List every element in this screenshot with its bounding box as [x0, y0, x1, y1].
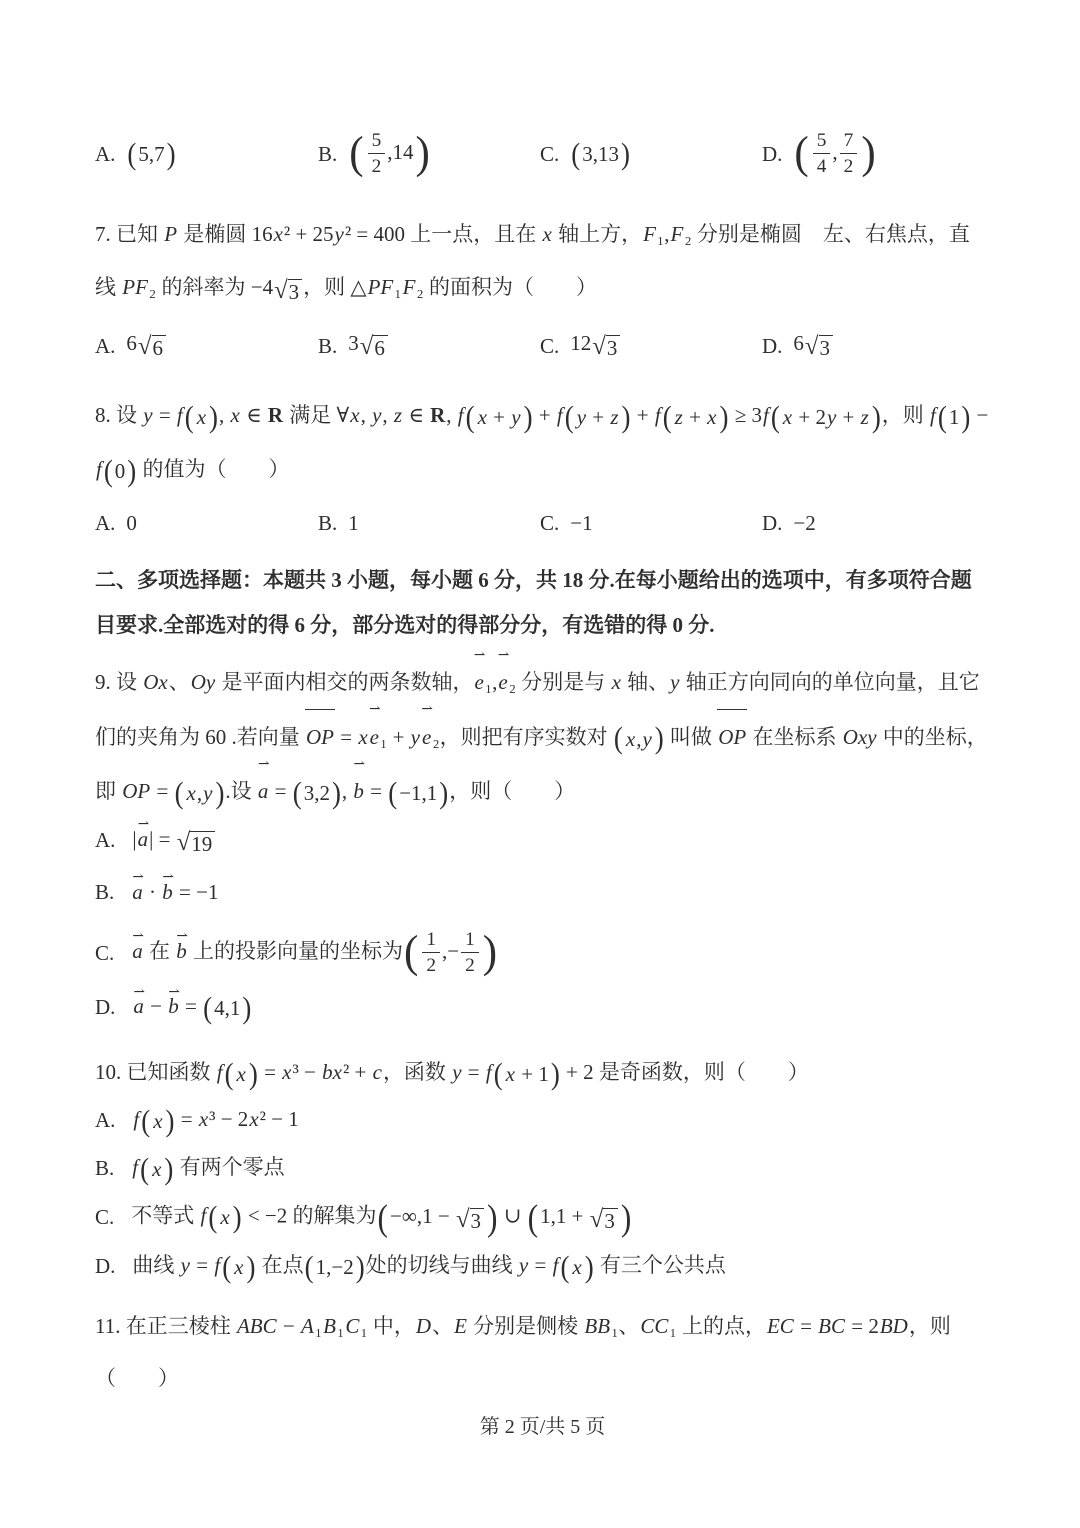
q7-option-c: C. 12√3	[540, 333, 762, 359]
option-label: B.	[318, 144, 337, 165]
vector-arrow-icon: ⇀	[258, 757, 270, 771]
q8-option-a: A. 0	[95, 513, 318, 534]
option-content: 0	[126, 513, 137, 534]
q7-option-a: A. 6√6	[95, 333, 318, 359]
vector-arrow-icon: ⇀	[353, 757, 365, 771]
option-label: C.	[540, 144, 559, 165]
option-label: D.	[762, 144, 782, 165]
vector-arrow-icon: ⇀	[132, 929, 144, 943]
option-label: B.	[318, 336, 337, 357]
q8-options-row: A. 0 B. 1 C. −1 D. −2	[95, 504, 990, 544]
option-label: A.	[95, 513, 115, 534]
vector-arrow-icon: ⇀	[138, 817, 150, 831]
q7-option-b: B. 3√6	[318, 333, 540, 359]
q9-option-d: D. ⇀a − ⇀b = (4,1)	[95, 993, 990, 1022]
option-label: A.	[95, 336, 115, 357]
option-label: C.	[95, 940, 114, 966]
vector-arrow-icon: ⇀	[369, 702, 381, 716]
option-label: B.	[318, 513, 337, 534]
option-content: f(x) = x³ − 2x² − 1	[132, 1106, 298, 1135]
q6-option-c: C. (3,13)	[540, 141, 762, 168]
option-content: ⇀a 在 ⇀b 上的投影向量的坐标为(12,−12)	[131, 929, 498, 977]
option-label: D.	[95, 994, 115, 1020]
vector-arrow-icon: ⇀	[421, 702, 433, 716]
vector-arrow-icon: ⇀	[176, 929, 188, 943]
vector-arrow-icon: ⇀	[498, 648, 510, 662]
option-content: −1	[570, 513, 592, 534]
option-label: C.	[95, 1204, 114, 1230]
option-label: D.	[762, 513, 782, 534]
question-10-stem: 10. 已知函数 f(x) = x³ − bx² + c，函数 y = f(x …	[95, 1046, 990, 1100]
option-label: D.	[95, 1253, 115, 1279]
option-content: (54,72)	[793, 130, 876, 178]
option-content: ⇀a · ⇀b = −1	[131, 879, 218, 905]
option-content: 1	[348, 513, 359, 534]
q9-option-c: C. ⇀a 在 ⇀b 上的投影向量的坐标为(12,−12)	[95, 929, 990, 977]
page-footer: 第 2 页/共 5 页	[95, 1411, 990, 1443]
option-label: B.	[95, 879, 114, 905]
option-content: |⇀a| = √19	[132, 826, 216, 855]
question-9-stem: 9. 设 Ox、Oy 是平面内相交的两条数轴，⇀e₁,⇀e₂ 分别是与 x 轴、…	[95, 656, 990, 819]
vector-arrow-icon: ⇀	[168, 985, 180, 999]
option-label: A.	[95, 827, 115, 853]
q8-option-b: B. 1	[318, 513, 540, 534]
option-label: A.	[95, 1107, 115, 1133]
q10-option-a: A. f(x) = x³ − 2x² − 1	[95, 1106, 990, 1135]
question-11-stem: 11. 在正三棱柱 ABC − A₁B₁C₁ 中，D、E 分别是侧棱 BB₁、C…	[95, 1300, 990, 1405]
page-number-label: 第 2 页/共 5 页	[480, 1416, 606, 1438]
option-label: C.	[540, 336, 559, 357]
q6-option-b: B. (52,14)	[318, 130, 540, 178]
option-content: 3√6	[348, 333, 389, 359]
option-label: C.	[540, 513, 559, 534]
option-content: 不等式 f(x) < −2 的解集为(−∞,1 − √3) ∪ (1,1 + √…	[131, 1202, 632, 1234]
q9-option-a: A. |⇀a| = √19	[95, 826, 990, 855]
option-label: B.	[95, 1155, 114, 1181]
vector-arrow-icon: ⇀	[162, 870, 174, 884]
option-content: 6√3	[793, 333, 834, 359]
option-content: 曲线 y = f(x) 在点(1,−2)处的切线与曲线 y = f(x) 有三个…	[132, 1252, 726, 1281]
exam-page: A. (5,7) B. (52,14) C. (3,13) D. (54,72)…	[0, 0, 1080, 1528]
question-8-stem: 8. 设 y = f(x), x ∈ R 满足 ∀x, y, z ∈ R, f(…	[95, 389, 990, 498]
vector-arrow-icon: ⇀	[474, 648, 486, 662]
option-content: (3,13)	[570, 141, 631, 168]
option-label: D.	[762, 336, 782, 357]
q10-option-d: D. 曲线 y = f(x) 在点(1,−2)处的切线与曲线 y = f(x) …	[95, 1252, 990, 1281]
option-content: f(x) 有两个零点	[131, 1154, 284, 1183]
option-content: 6√6	[126, 333, 167, 359]
question-7-stem: 7. 已知 P 是椭圆 16x² + 25y² = 400 上一点，且在 x 轴…	[95, 208, 990, 313]
vector-arrow-icon: ⇀	[133, 985, 145, 999]
option-content: −2	[793, 513, 815, 534]
option-content: ⇀a − ⇀b = (4,1)	[132, 993, 252, 1022]
q7-option-d: D. 6√3	[762, 333, 990, 359]
option-content: (5,7)	[126, 141, 176, 168]
q6-option-d: D. (54,72)	[762, 130, 990, 178]
section-2-header: 二、多项选择题：本题共 3 小题，每小题 6 分，共 18 分.在每小题给出的选…	[95, 558, 990, 648]
q7-options-row: A. 6√6 B. 3√6 C. 12√3 D. 6√3	[95, 319, 990, 373]
option-content: (52,14)	[348, 130, 431, 178]
q8-option-c: C. −1	[540, 513, 762, 534]
q9-option-b: B. ⇀a · ⇀b = −1	[95, 879, 990, 905]
q10-option-b: B. f(x) 有两个零点	[95, 1154, 990, 1183]
vector-arrow-icon: ⇀	[132, 870, 144, 884]
option-label: A.	[95, 144, 115, 165]
q10-option-c: C. 不等式 f(x) < −2 的解集为(−∞,1 − √3) ∪ (1,1 …	[95, 1202, 990, 1234]
q6-option-a: A. (5,7)	[95, 141, 318, 168]
q6-options-row: A. (5,7) B. (52,14) C. (3,13) D. (54,72)	[95, 112, 990, 196]
q8-option-d: D. −2	[762, 513, 990, 534]
option-content: 12√3	[570, 333, 621, 359]
